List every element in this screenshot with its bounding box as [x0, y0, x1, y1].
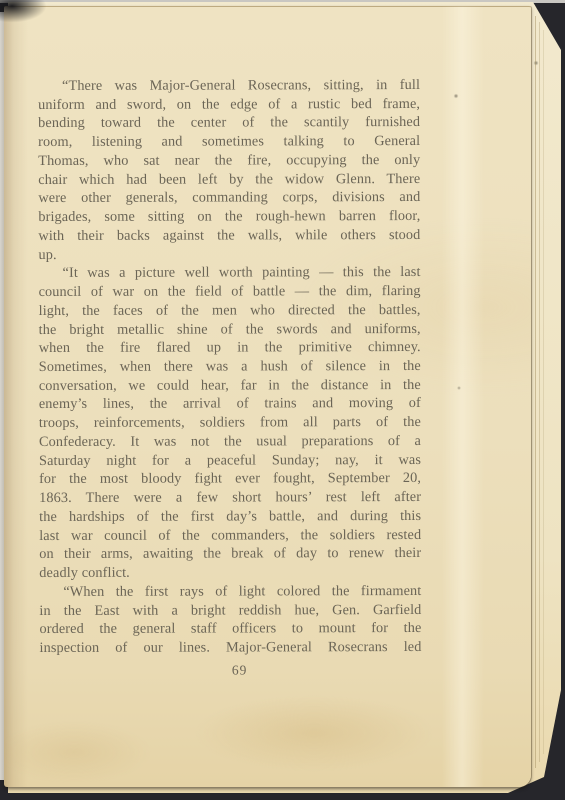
book-page: “There was Major-General Rosecrans, sitt…: [4, 6, 531, 787]
text-line: council of war on the field of battle — …: [39, 282, 421, 302]
text-line: up.: [38, 245, 420, 265]
text-line: conversation, we could hear, far in the …: [39, 376, 421, 396]
page-left-edge-strip: [0, 12, 4, 780]
text-line: chair which had been left by the widow G…: [38, 170, 420, 190]
text-line: “It was a picture well worth painting — …: [38, 263, 420, 283]
page-edge-line: [539, 22, 540, 762]
text-line: brigades, some sitting on the rough-hewn…: [38, 207, 420, 227]
text-line: Saturday night for a peaceful Sunday; na…: [39, 451, 421, 471]
text-line: were other generals, commanding corps, d…: [38, 188, 420, 208]
text-line: with their backs against the walls, whil…: [38, 226, 420, 246]
page-edge-line: [543, 30, 544, 754]
text-line: Sometimes, when there was a hush of sile…: [39, 357, 421, 377]
text-line: Thomas, who sat near the fire, occupying…: [38, 151, 420, 171]
text-line: last war council of the commanders, the …: [39, 526, 421, 546]
text-line: inspection of our lines. Major-General R…: [39, 638, 421, 658]
page-edge-line: [535, 16, 536, 768]
text-line: the bright metallic shine of the swords …: [39, 320, 421, 340]
text-line: deadly conflict.: [39, 563, 421, 583]
text-line: “When the first rays of light colored th…: [39, 582, 421, 602]
text-line: for the most bloody fight ever fought, S…: [39, 469, 421, 489]
text-line: in the East with a bright reddish hue, G…: [39, 601, 421, 621]
text-line: 1863. There were a few short hours’ rest…: [39, 488, 421, 508]
text-line: on their arms, awaiting the break of day…: [39, 544, 421, 564]
text-line: room, listening and sometimes talking to…: [38, 132, 420, 152]
text-line: “There was Major-General Rosecrans, sitt…: [38, 76, 420, 96]
text-block: “There was Major-General Rosecrans, sitt…: [38, 76, 422, 680]
text-line: when the fire flared up in the primitive…: [39, 338, 421, 358]
book-page-scan: “There was Major-General Rosecrans, sitt…: [0, 0, 565, 800]
text-line: light, the faces of the men who directed…: [39, 301, 421, 321]
corner-shadow-top-left: [0, 0, 64, 32]
text-line: troops, reinforcements, soldiers from al…: [39, 413, 421, 433]
text-line: uniform and sword, on the edge of a rust…: [38, 95, 420, 115]
lines-container: “There was Major-General Rosecrans, sitt…: [38, 76, 422, 658]
text-line: the hardships of the first day’s battle,…: [39, 507, 421, 527]
text-line: Confederacy. It was not the usual prepar…: [39, 432, 421, 452]
text-line: ordered the general staff officers to mo…: [39, 619, 421, 639]
text-line: bending toward the center of the scantil…: [38, 113, 420, 133]
text-line: enemy’s lines, the arrival of trains and…: [39, 394, 421, 414]
page-number: 69: [49, 661, 431, 681]
